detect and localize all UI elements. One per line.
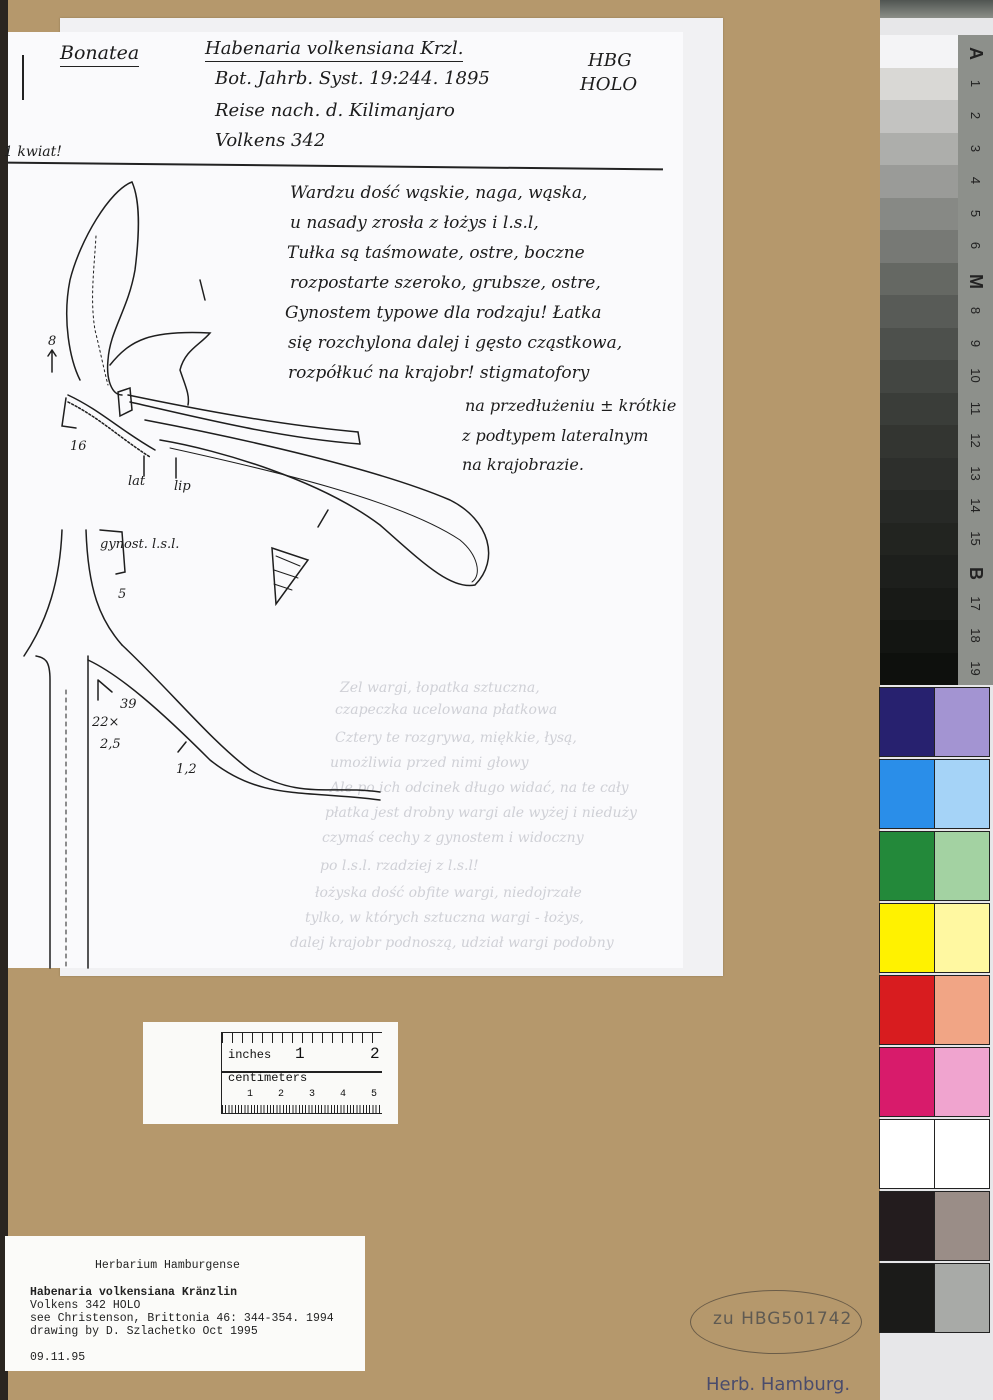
color-swatch [879, 1119, 935, 1189]
specimen-id: Volkens 342 HOLO [30, 1299, 140, 1312]
gray-swatch [880, 165, 958, 198]
gray-swatch [880, 328, 958, 361]
chart-top-edge [880, 0, 993, 18]
cm-mark-3: 3 [309, 1089, 315, 1100]
color-swatch-tint [934, 1047, 990, 1117]
gray-swatch [880, 263, 958, 296]
gray-swatch [880, 425, 958, 458]
gray-swatch [880, 653, 958, 686]
gray-index-label: 19 [968, 651, 983, 686]
gray-swatch [880, 458, 958, 491]
gray-swatch [880, 555, 958, 588]
color-swatch-tint [934, 1191, 990, 1261]
color-swatch-tint [934, 975, 990, 1045]
gray-index-label: 8 [968, 293, 983, 328]
ruler-frame: inches 1 2 centimeters 1 2 3 4 5 [221, 1032, 382, 1114]
gray-swatch [880, 35, 958, 68]
gray-swatch [880, 100, 958, 133]
label-scale-8: 8 [48, 334, 56, 349]
taxon-name: Habenaria volkensiana Kränzlin [30, 1286, 237, 1299]
gray-index-label: 10 [968, 358, 983, 393]
grayscale-index-strip: A123456M89101112131415B171819 [958, 35, 993, 685]
gray-index-label: 5 [968, 196, 983, 231]
label-lat: lat [128, 474, 146, 489]
drawing-credit: drawing by D. Szlachetko Oct 1995 [30, 1325, 258, 1338]
color-swatch-tint [934, 687, 990, 757]
grayscale-strip [880, 35, 958, 685]
centimeters-label: centimeters [228, 1071, 307, 1085]
gray-index-label: 14 [968, 488, 983, 523]
barcode-note: zu HBG501742 [713, 1309, 852, 1329]
label-date: 09.11.95 [30, 1351, 85, 1364]
gray-index-label: 17 [968, 586, 983, 621]
label-scale-5: 5 [118, 587, 126, 602]
inch-mark-1: 1 [295, 1045, 305, 1063]
label-scale-39: 39 [120, 697, 137, 712]
gray-swatch [880, 588, 958, 621]
color-swatch [879, 903, 935, 973]
color-swatch [879, 1263, 935, 1333]
gray-index-label: 3 [968, 131, 983, 166]
color-swatch-tint [934, 759, 990, 829]
gray-index-label: 18 [968, 618, 983, 653]
gray-index-label: 12 [968, 423, 983, 458]
gray-swatch [880, 68, 958, 101]
herbarium-label: Herbarium Hamburgense Habenaria volkensi… [5, 1236, 365, 1371]
literature-reference: see Christenson, Brittonia 46: 344-354. … [30, 1312, 334, 1325]
gray-swatch [880, 230, 958, 263]
color-swatch-tint [934, 903, 990, 973]
gray-index-label: 11 [968, 391, 983, 426]
gray-index-label: 4 [968, 163, 983, 198]
herbarium-stamp: Herb. Hamburg. [706, 1374, 850, 1395]
mm-ticks [222, 1105, 382, 1113]
institution-name: Herbarium Hamburgense [95, 1259, 240, 1272]
gray-index-label: 1 [968, 66, 983, 101]
label-scale-1-2: 1,2 [176, 762, 197, 777]
gray-index-label: 9 [968, 326, 983, 361]
orchid-flower-drawing: 8 16 lat lip gynost. l.s.l. 5 39 22× 2,5… [0, 0, 720, 980]
gray-index-label: 13 [968, 456, 983, 491]
gray-swatch [880, 133, 958, 166]
cm-mark-2: 2 [278, 1089, 284, 1100]
color-swatch-tint [934, 831, 990, 901]
gray-index-label: 2 [968, 98, 983, 133]
gray-swatch [880, 490, 958, 523]
label-scale-2-5: 2,5 [99, 737, 121, 752]
gray-swatch [880, 360, 958, 393]
gray-swatch [880, 393, 958, 426]
gray-swatch [880, 620, 958, 653]
cm-mark-5: 5 [371, 1089, 377, 1100]
color-swatch [879, 759, 935, 829]
gray-index-label: 6 [968, 228, 983, 263]
color-swatch [879, 831, 935, 901]
barcode-annotation: zu HBG501742 [690, 1290, 862, 1354]
cm-mark-4: 4 [340, 1089, 346, 1100]
scale-ruler: inches 1 2 centimeters 1 2 3 4 5 [143, 1022, 398, 1124]
color-swatch [879, 687, 935, 757]
cm-mark-1: 1 [247, 1089, 253, 1100]
color-swatch-tint [934, 1263, 990, 1333]
gray-swatch [880, 295, 958, 328]
color-swatch [879, 975, 935, 1045]
color-swatch-tint [934, 1119, 990, 1189]
inch-mark-2: 2 [370, 1045, 380, 1063]
label-gynostemium: gynost. l.s.l. [100, 537, 179, 552]
inches-label: inches [228, 1048, 271, 1062]
gray-index-label: 15 [968, 521, 983, 556]
label-scale-22: 22× [91, 715, 119, 730]
label-lip: lip [174, 479, 191, 494]
inch-ticks [222, 1033, 382, 1043]
label-scale-16: 16 [70, 439, 87, 454]
color-swatch [879, 1047, 935, 1117]
color-swatch [879, 1191, 935, 1261]
gray-swatch [880, 523, 958, 556]
gray-swatch [880, 198, 958, 231]
